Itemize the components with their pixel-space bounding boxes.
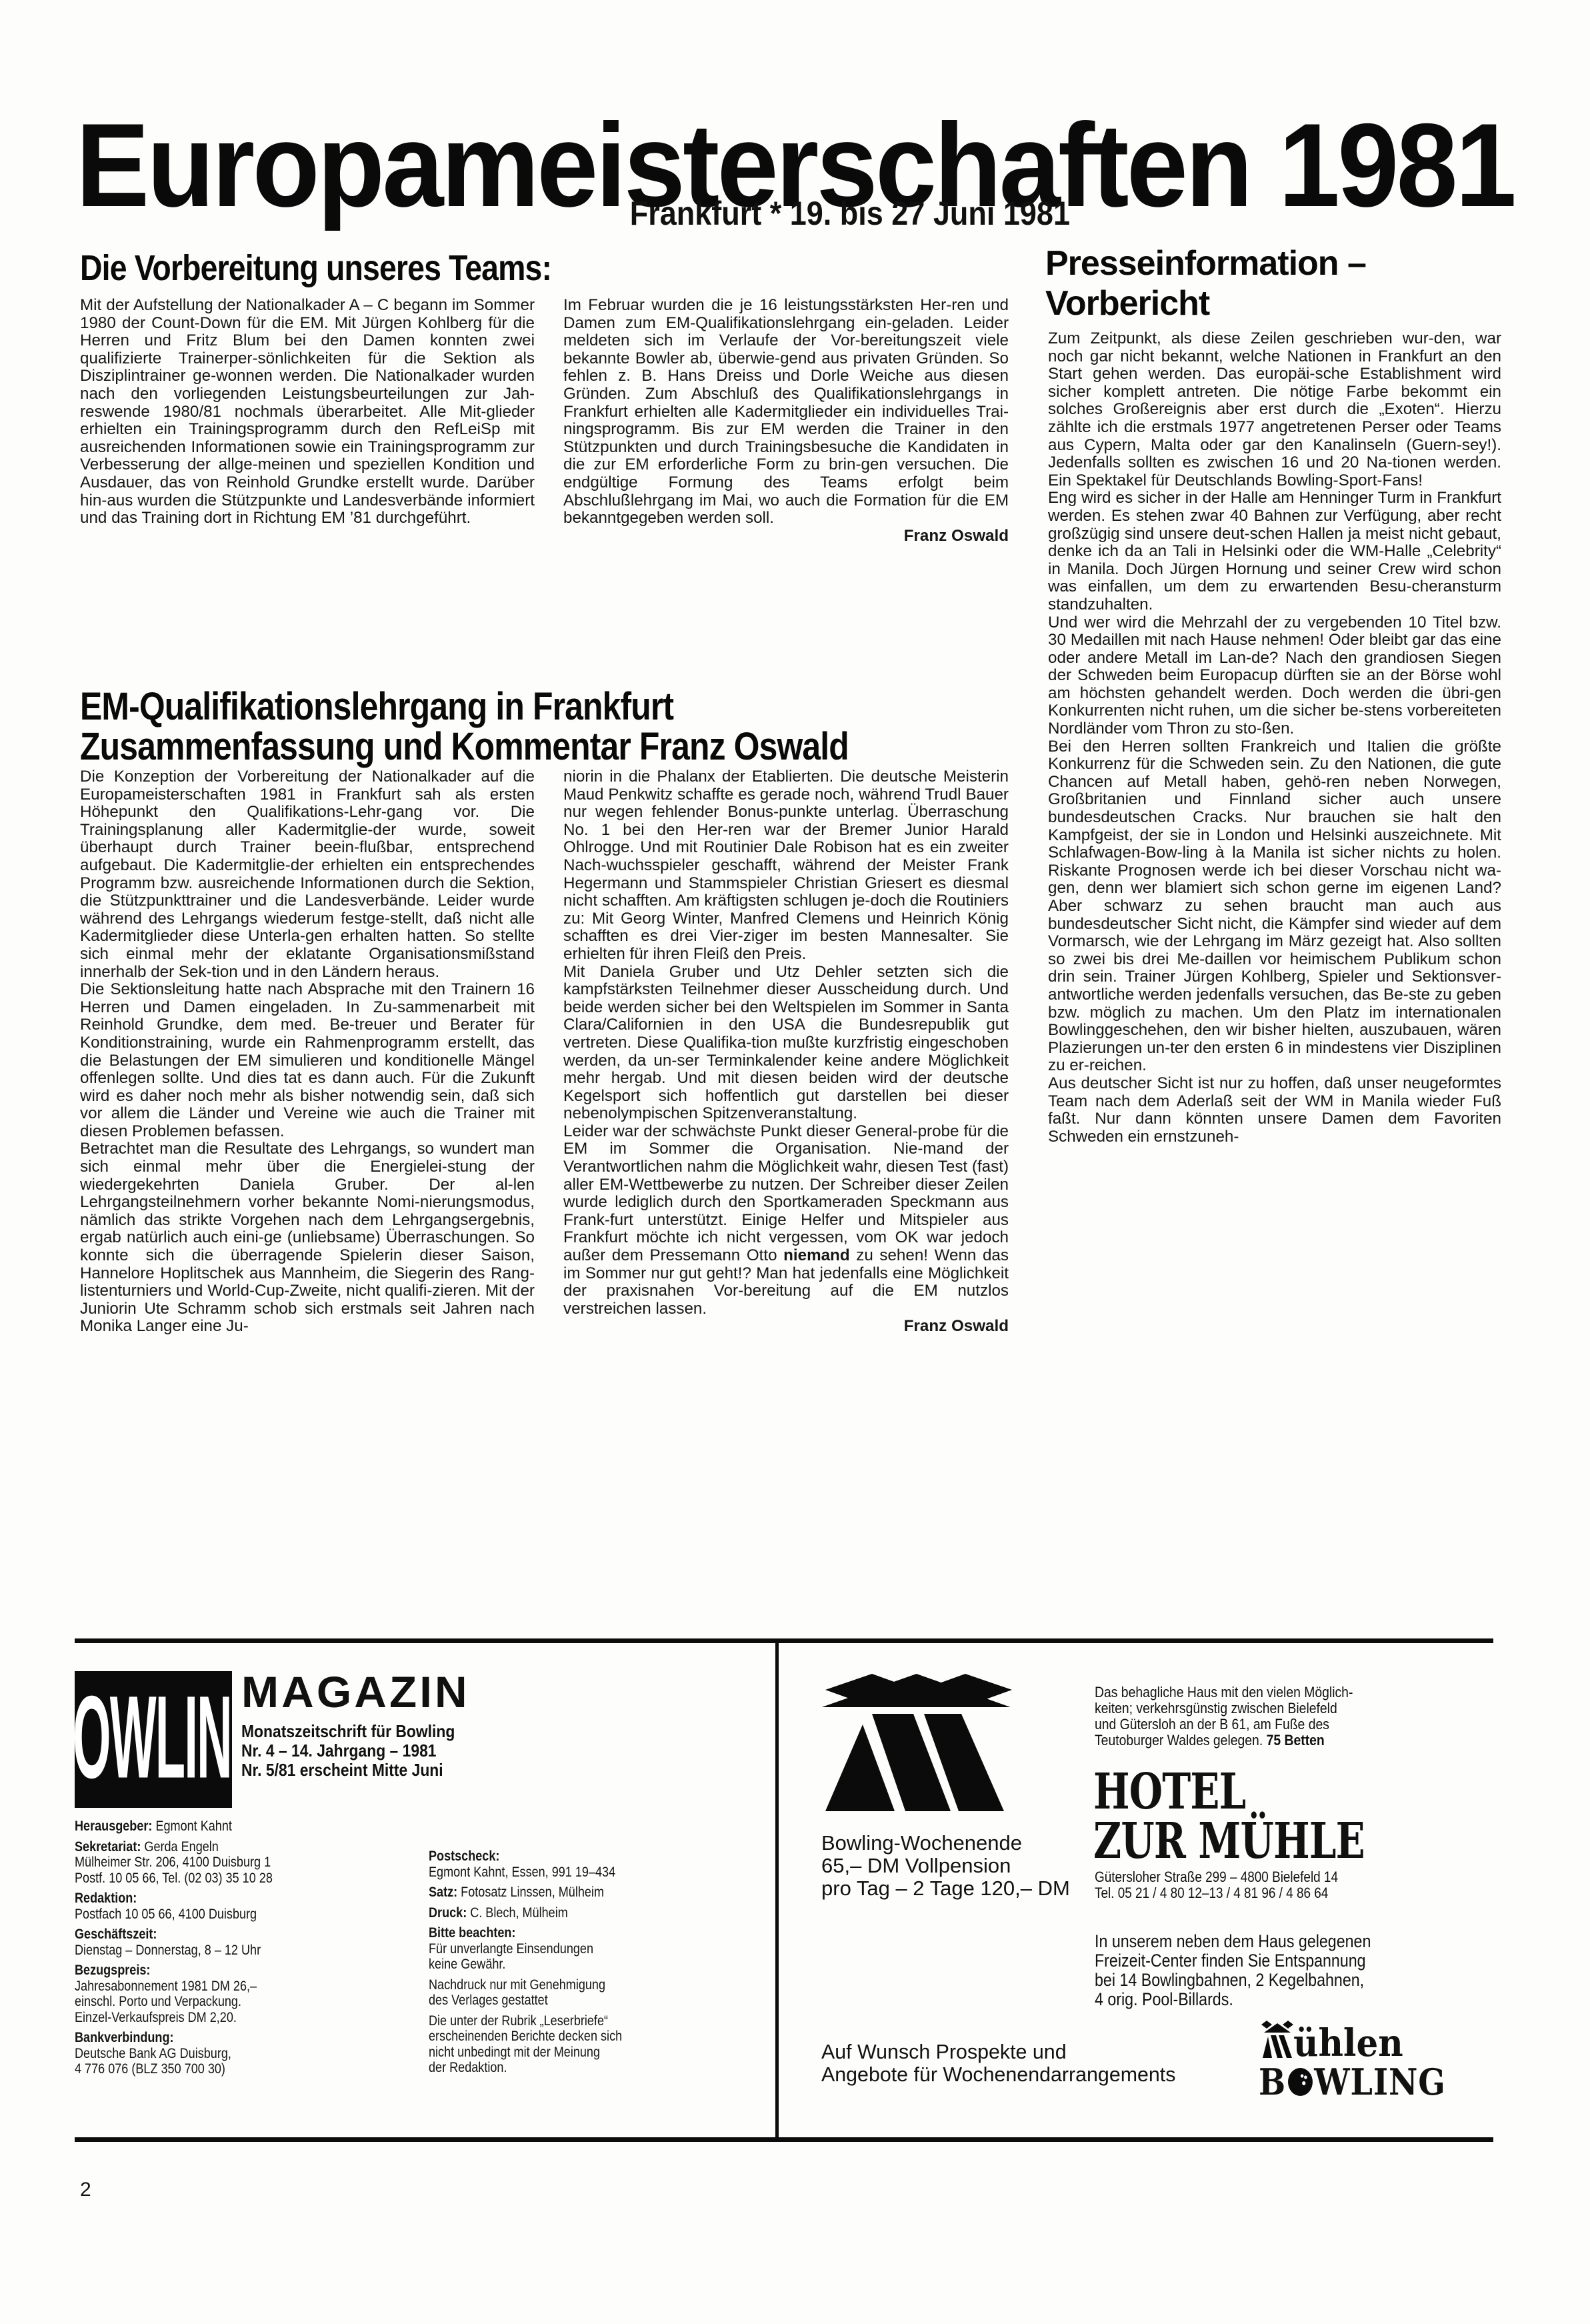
author-signature: Franz Oswald	[563, 1318, 1009, 1336]
article-vorbereitung-col1: Mit der Aufstellung der Nationalkader A …	[80, 297, 535, 527]
imprint-line: Dienstag – Donnerstag, 8 – 12 Uhr	[75, 1943, 273, 1959]
imprint-label: Bitte beachten:	[429, 1925, 515, 1941]
imprint-line: des Verlages gestattet	[429, 1993, 622, 2009]
intro-line: Teutoburger Waldes gelegen. 75 Betten	[1095, 1732, 1353, 1749]
hotel-address: Gütersloher Straße 299 – 4800 Bielefeld …	[1095, 1869, 1338, 1901]
subtitle-line: Monatszeitschrift für Bowling	[241, 1722, 455, 1741]
offer-line: Bowling-Wochenende	[821, 1832, 1070, 1855]
imprint-block: Geschäftszeit:Dienstag – Donnerstag, 8 –…	[75, 1927, 273, 1958]
paragraph: Leider war der schwächste Punkt dieser G…	[563, 1123, 1009, 1318]
imprint-label-row: Geschäftszeit:	[75, 1927, 273, 1943]
paragraph: niorin in die Phalanx der Etablierten. D…	[563, 768, 1009, 964]
text-run: Leider war der schwächste Punkt dieser G…	[563, 1122, 1009, 1264]
note-line: Auf Wunsch Prospekte und	[821, 2041, 1175, 2063]
hotel-name: HOTEL ZUR MÜHLE	[1093, 1767, 1365, 1866]
imprint-block: Bezugspreis:Jahresabonnement 1981 DM 26,…	[75, 1963, 273, 2025]
heading-vorbereitung: Die Vorbereitung unseres Teams:	[80, 249, 551, 287]
paragraph: Die Konzeption der Vorbereitung der Nati…	[80, 768, 535, 981]
imprint-line: Einzel-Verkaufspreis DM 2,20.	[75, 2010, 273, 2026]
prospekt-note: Auf Wunsch Prospekte und Angebote für Wo…	[821, 2041, 1175, 2086]
imprint-block: Herausgeber: Egmont Kahnt	[75, 1819, 273, 1835]
imprint-line: Egmont Kahnt, Essen, 991 19–434	[429, 1865, 622, 1881]
imprint-line: Jahresabonnement 1981 DM 26,–	[75, 1979, 273, 1995]
subtitle-line: Nr. 5/81 erscheint Mitte Juni	[241, 1761, 455, 1780]
intro-text: Teutoburger Waldes gelegen.	[1095, 1732, 1263, 1749]
imprint-label: Redaktion:	[75, 1891, 137, 1906]
intro-line: und Gütersloh an der B 61, am Fuße des	[1095, 1716, 1353, 1732]
subtitle-line: Nr. 4 – 14. Jahrgang – 1981	[241, 1741, 455, 1761]
heading-presseinformation: Presseinformation – Vorbericht	[1045, 243, 1366, 323]
hotel-intro: Das behagliche Haus mit den vielen Mögli…	[1095, 1684, 1353, 1749]
heading-line: Zusammenfassung und Kommentar Franz Oswa…	[80, 727, 849, 767]
imprint-label: Postscheck:	[429, 1849, 499, 1864]
note-line: Angebote für Wochenendarrangements	[821, 2063, 1175, 2086]
imprint-left: Herausgeber: Egmont KahntSekretariat: Ge…	[75, 1819, 273, 2082]
imprint-line: Mülheimer Str. 206, 4100 Duisburg 1	[75, 1855, 273, 1871]
imprint-block: Postscheck:Egmont Kahnt, Essen, 991 19–4…	[429, 1849, 622, 1880]
offer-line: 65,– DM Vollpension	[821, 1855, 1070, 1877]
imprint-line: Nachdruck nur mit Genehmigung	[429, 1977, 622, 1993]
logo-word: BOWLING	[75, 1678, 232, 1796]
imprint-line: Postf. 10 05 66, Tel. (02 03) 35 10 28	[75, 1871, 273, 1887]
imprint-line: einschl. Porto und Verpackung.	[75, 1994, 273, 2010]
bowling-ball-icon	[1287, 2067, 1313, 2097]
hotel-name-line: HOTEL	[1093, 1767, 1365, 1817]
article-em-col2: niorin in die Phalanx der Etablierten. D…	[563, 768, 1009, 1336]
logo-letter: B	[1259, 2061, 1286, 2103]
imprint-label-row: Postscheck:	[429, 1849, 622, 1865]
imprint-block: Druck: C. Blech, Mülheim	[429, 1905, 622, 1921]
freizeit-center-text: In unserem neben dem Haus gelegenen Frei…	[1095, 1932, 1371, 2009]
imprint-line: erscheinenden Berichte decken sich	[429, 2029, 622, 2045]
center-line: In unserem neben dem Haus gelegenen	[1095, 1932, 1371, 1951]
beds-count: 75 Betten	[1267, 1732, 1325, 1749]
imprint-block: Satz: Fotosatz Linssen, Mülheim	[429, 1885, 622, 1901]
ad-box-bottom-rule-left	[75, 2137, 778, 2142]
offer-line: pro Tag – 2 Tage 120,– DM	[821, 1877, 1070, 1900]
imprint-line: 4 776 076 (BLZ 350 700 30)	[75, 2061, 273, 2077]
paragraph: Und wer wird die Mehrzahl der zu vergebe…	[1048, 614, 1501, 738]
article-presse-column: Zum Zeitpunkt, als diese Zeilen geschrie…	[1048, 330, 1501, 1146]
imprint-line: Druck: C. Blech, Mülheim	[429, 1905, 622, 1921]
imprint-block: Nachdruck nur mit Genehmigungdes Verlage…	[429, 1977, 622, 2009]
center-line: 4 orig. Pool-Billards.	[1095, 1990, 1371, 2009]
imprint-block: Die unter der Rubrik „Leserbriefe“ersche…	[429, 2013, 622, 2076]
author-signature: Franz Oswald	[563, 527, 1009, 545]
intro-line: Das behagliche Haus mit den vielen Mögli…	[1095, 1684, 1353, 1700]
imprint-block: Redaktion:Postfach 10 05 66, 4100 Duisbu…	[75, 1891, 273, 1922]
paragraph: Bei den Herren sollten Frankreich und It…	[1048, 738, 1501, 1075]
imprint-label-row: Bitte beachten:	[429, 1925, 622, 1941]
ad-box-top-rule	[75, 1638, 1493, 1643]
bowling-logo-text: BWLING	[1259, 2063, 1446, 2101]
logo-word: WLING	[1314, 2061, 1445, 2103]
imprint-right: Postscheck:Egmont Kahnt, Essen, 991 19–4…	[429, 1849, 622, 2081]
ad-box-divider	[775, 1638, 779, 2142]
heading-line: Presseinformation –	[1045, 243, 1366, 283]
imprint-line: Postfach 10 05 66, 4100 Duisburg	[75, 1907, 273, 1923]
imprint-label-row: Bezugspreis:	[75, 1963, 273, 1979]
imprint-line: keine Gewähr.	[429, 1957, 622, 1973]
article-em-col1: Die Konzeption der Vorbereitung der Nati…	[80, 768, 535, 1336]
imprint-line: Satz: Fotosatz Linssen, Mülheim	[429, 1885, 622, 1901]
heading-line: EM-Qualifikationslehrgang in Frankfurt	[80, 687, 849, 727]
imprint-line: Herausgeber: Egmont Kahnt	[75, 1819, 273, 1835]
emphasis: niemand	[783, 1246, 849, 1264]
imprint-label: Druck:	[429, 1905, 467, 1921]
magazin-subtitle: Monatszeitschrift für Bowling Nr. 4 – 14…	[241, 1722, 455, 1780]
imprint-label: Bankverbindung:	[75, 2030, 174, 2045]
event-subtitle: Frankfurt * 19. bis 27 Juni 1981	[95, 193, 1527, 233]
imprint-line: Deutsche Bank AG Duisburg,	[75, 2046, 273, 2062]
muehle-small-icon	[1260, 2019, 1295, 2059]
hotel-muehle-logo-icon	[819, 1666, 1019, 1819]
bowling-magazin-logo: BOWLING	[75, 1671, 232, 1808]
imprint-line: der Redaktion.	[429, 2060, 622, 2076]
imprint-label: Geschäftszeit:	[75, 1927, 157, 1942]
magazin-title: MAGAZIN	[241, 1668, 470, 1715]
paragraph: Zum Zeitpunkt, als diese Zeilen geschrie…	[1048, 330, 1501, 489]
article-vorbereitung-col2: Im Februar wurden die je 16 leistungsstä…	[563, 297, 1009, 545]
imprint-block: Bitte beachten:Für unverlangte Einsendun…	[429, 1925, 622, 1973]
paragraph: Mit Daniela Gruber und Utz Dehler setzte…	[563, 964, 1009, 1123]
imprint-line: nicht unbedingt mit der Meinung	[429, 2045, 622, 2061]
phone-line: Tel. 05 21 / 4 80 12–13 / 4 81 96 / 4 86…	[1095, 1885, 1338, 1901]
heading-line: Vorbericht	[1045, 283, 1366, 323]
imprint-line: Die unter der Rubrik „Leserbriefe“	[429, 2013, 622, 2029]
muehlen-logo-text: ühlen	[1293, 2024, 1403, 2063]
address-line: Gütersloher Straße 299 – 4800 Bielefeld …	[1095, 1869, 1338, 1885]
center-line: Freizeit-Center finden Sie Entspannung	[1095, 1951, 1371, 1971]
ad-box-bottom-rule-right	[777, 2137, 1493, 2142]
imprint-label: Herausgeber:	[75, 1819, 152, 1834]
imprint-label: Sekretariat:	[75, 1839, 141, 1855]
imprint-block: Sekretariat: Gerda EngelnMülheimer Str. …	[75, 1839, 273, 1887]
hotel-name-line: ZUR MÜHLE	[1093, 1817, 1365, 1866]
imprint-label-row: Redaktion:	[75, 1891, 273, 1907]
paragraph: Im Februar wurden die je 16 leistungsstä…	[563, 297, 1009, 527]
intro-line: keiten; verkehrsgünstig zwischen Bielefe…	[1095, 1700, 1353, 1716]
center-line: bei 14 Bowlingbahnen, 2 Kegelbahnen,	[1095, 1971, 1371, 1990]
imprint-label: Satz:	[429, 1885, 457, 1900]
paragraph: Aus deutscher Sicht ist nur zu hoffen, d…	[1048, 1075, 1501, 1146]
weekend-offer: Bowling-Wochenende 65,– DM Vollpension p…	[821, 1832, 1070, 1900]
imprint-line: Für unverlangte Einsendungen	[429, 1941, 622, 1957]
paragraph: Eng wird es sicher in der Halle am Henni…	[1048, 489, 1501, 614]
imprint-label-row: Bankverbindung:	[75, 2030, 273, 2046]
imprint-label: Bezugspreis:	[75, 1963, 150, 1978]
imprint-block: Bankverbindung:Deutsche Bank AG Duisburg…	[75, 2030, 273, 2077]
paragraph: Mit der Aufstellung der Nationalkader A …	[80, 297, 535, 527]
heading-em-qualifikation: EM-Qualifikationslehrgang in Frankfurt Z…	[80, 687, 849, 767]
paragraph: Betrachtet man die Resultate des Lehrgan…	[80, 1140, 535, 1336]
paragraph: Die Sektionsleitung hatte nach Absprache…	[80, 981, 535, 1140]
page-number: 2	[80, 2179, 91, 2201]
imprint-line: Sekretariat: Gerda Engeln	[75, 1839, 273, 1855]
